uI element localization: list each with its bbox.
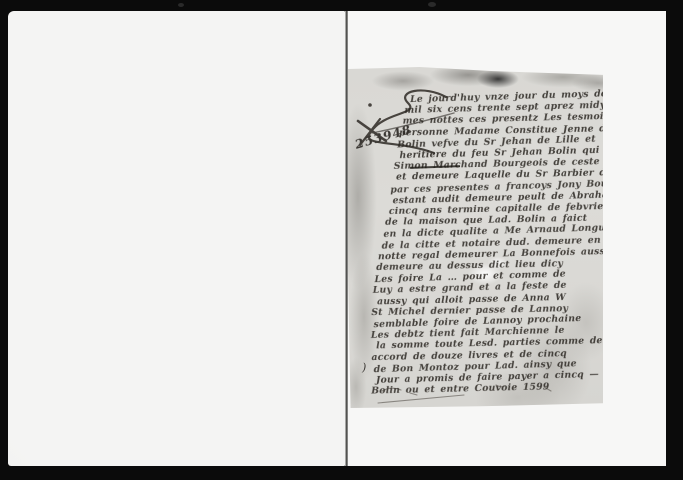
manuscript-text-block: Le jourd'huy vnze jour du moys demil six… [352, 89, 609, 398]
manuscript-photo: 253948 Le jourd'huy vnze jour du moys de… [348, 67, 603, 408]
film-speck [428, 2, 436, 7]
left-blank-page [8, 11, 345, 466]
book-spread: 253948 Le jourd'huy vnze jour du moys de… [8, 11, 666, 466]
film-speck [178, 3, 184, 7]
margin-paren-mark: ) [362, 361, 366, 374]
microfilm-frame: 253948 Le jourd'huy vnze jour du moys de… [0, 0, 683, 480]
